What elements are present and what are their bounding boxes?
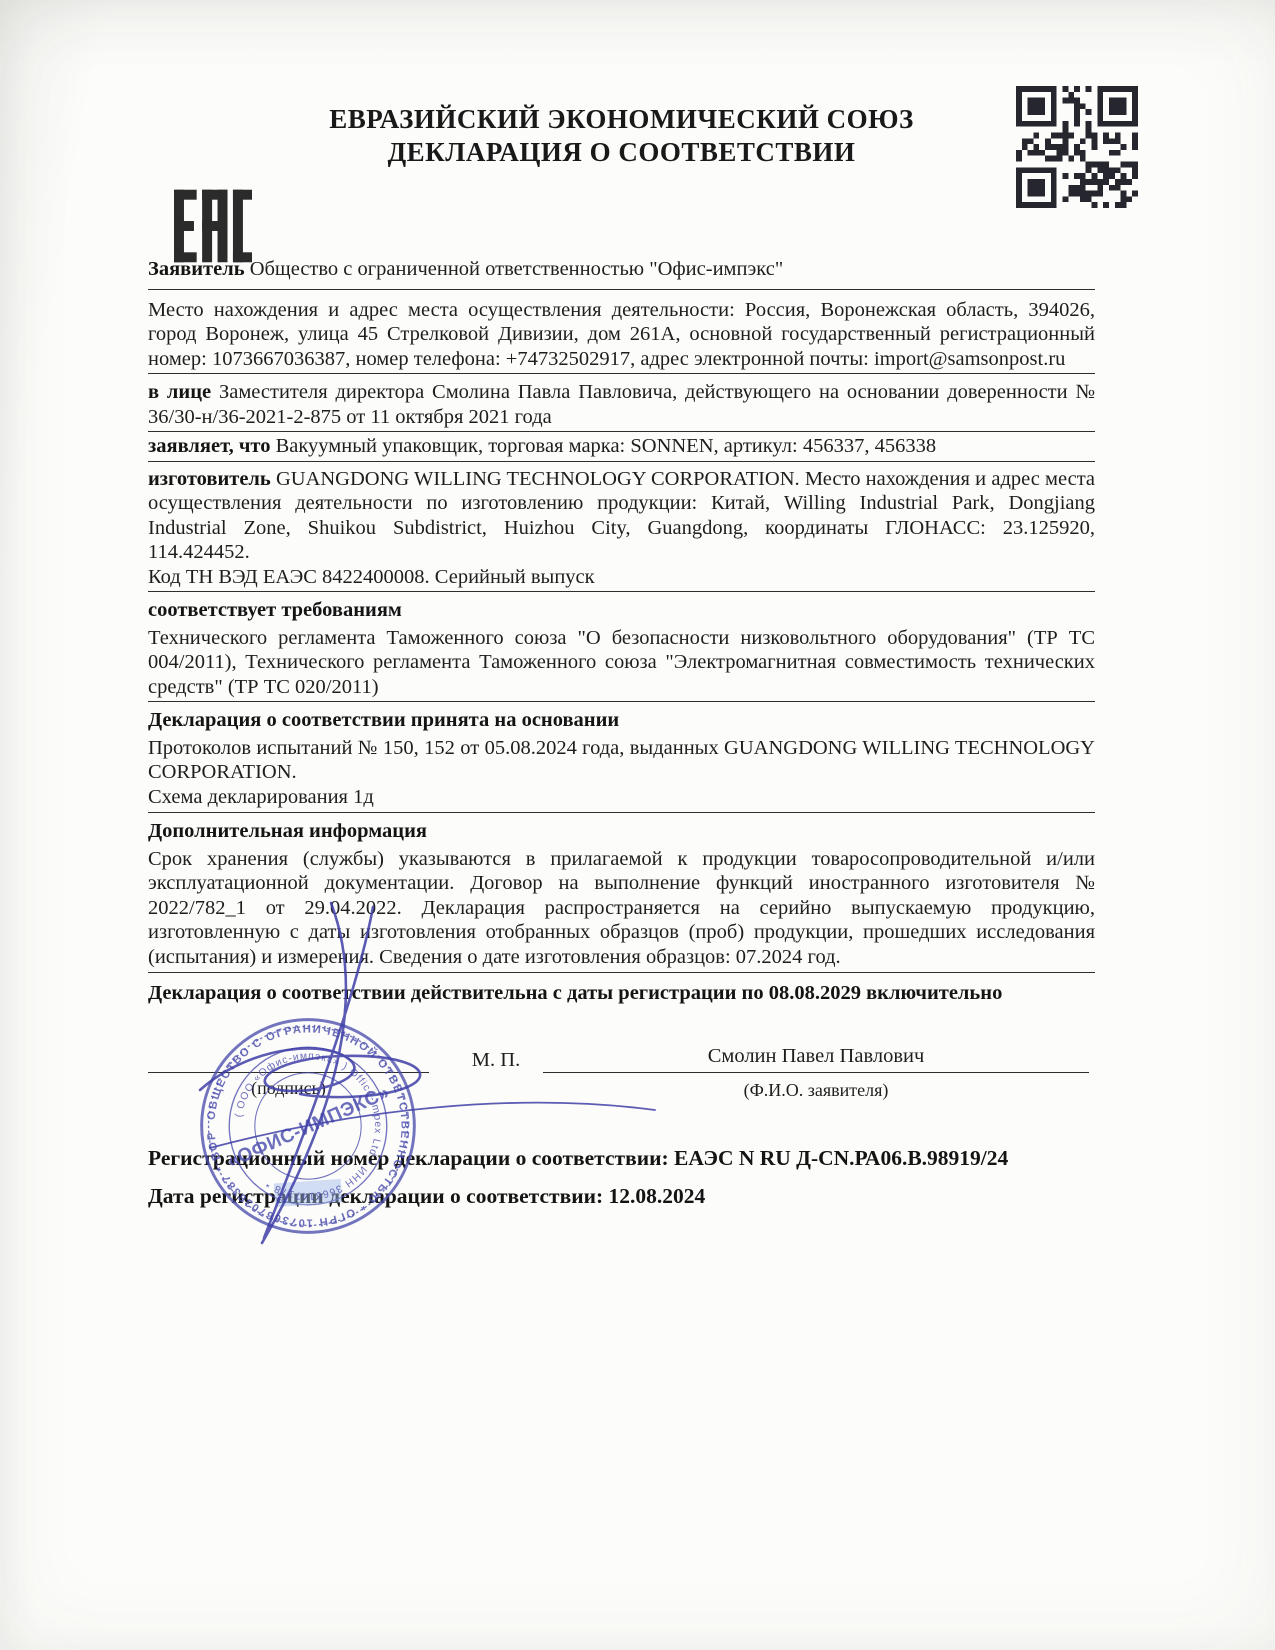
compliance-heading: соответствует требованиям	[148, 598, 1095, 623]
section-representative: в лице Заместителя директора Смолина Пав…	[148, 374, 1095, 432]
representative-value: Заместителя директора Смолина Павла Павл…	[148, 381, 1095, 428]
signature-block: (подпись) М. П. Смолин Павел Павлович (Ф…	[148, 1020, 1095, 1140]
basis-heading: Декларация о соответствии принята на осн…	[148, 708, 1095, 733]
registration-date-line: Дата регистрации декларации о соответств…	[148, 1184, 1095, 1209]
section-manufacturer: изготовитель GUANGDONG WILLING TECHNOLOG…	[148, 462, 1095, 593]
section-basis: Декларация о соответствии принята на осн…	[148, 702, 1095, 813]
declaration-document: ЕВРАЗИЙСКИЙ ЭКОНОМИЧЕСКИЙ СОЮЗ ДЕКЛАРАЦИ…	[0, 0, 1275, 1650]
section-address: Место нахождения и адрес места осуществл…	[148, 290, 1095, 375]
document-header: ЕВРАЗИЙСКИЙ ЭКОНОМИЧЕСКИЙ СОЮЗ ДЕКЛАРАЦИ…	[148, 103, 1095, 169]
signature-line	[148, 1072, 429, 1073]
applicant-full-name: Смолин Павел Павлович	[543, 1044, 1089, 1069]
additional-heading: Дополнительная информация	[148, 819, 1095, 844]
name-caption: (Ф.И.О. заявителя)	[543, 1078, 1089, 1103]
section-applicant: Заявитель Общество с ограниченной ответс…	[148, 253, 1095, 290]
section-compliance: соответствует требованиям Технического р…	[148, 592, 1095, 702]
representative-label: в лице	[148, 381, 211, 403]
applicant-value: Общество с ограниченной ответственностью…	[250, 258, 784, 280]
compliance-text: Технического регламента Таможенного союз…	[148, 626, 1095, 700]
validity-text: Декларация о соответствии действительна …	[148, 981, 1095, 1006]
stamp-place-mark: М. П.	[456, 1048, 536, 1073]
applicant-label: Заявитель	[148, 258, 245, 280]
basis-text: Протоколов испытаний № 150, 152 от 05.08…	[148, 736, 1095, 785]
declares-label: заявляет, что	[148, 435, 270, 457]
document-body: Заявитель Общество с ограниченной ответс…	[148, 253, 1095, 1209]
manufacturer-label: изготовитель	[148, 468, 271, 490]
section-declares: заявляет, что Вакуумный упаковщик, торго…	[148, 432, 1095, 462]
address-text: Место нахождения и адрес места осуществл…	[148, 298, 1095, 372]
name-line	[543, 1072, 1089, 1073]
declaration-scheme: Схема декларирования 1д	[148, 785, 1095, 810]
registration-number-line: Регистрационный номер декларации о соотв…	[148, 1146, 1095, 1171]
section-additional: Дополнительная информация Срок хранения …	[148, 813, 1095, 973]
qr-code-icon	[1016, 86, 1138, 213]
manufacturer-value: GUANGDONG WILLING TECHNOLOGY CORPORATION…	[148, 468, 1095, 564]
union-title: ЕВРАЗИЙСКИЙ ЭКОНОМИЧЕСКИЙ СОЮЗ	[148, 103, 1095, 136]
document-title: ДЕКЛАРАЦИЯ О СООТВЕТСТВИИ	[148, 136, 1095, 169]
declares-value: Вакуумный упаковщик, торговая марка: SON…	[276, 435, 936, 457]
tnved-code-line: Код ТН ВЭД ЕАЭС 8422400008. Серийный вып…	[148, 565, 1095, 590]
signature-caption: (подпись)	[148, 1076, 429, 1101]
section-validity: Декларация о соответствии действительна …	[148, 973, 1095, 1006]
additional-text: Срок хранения (службы) указываются в при…	[148, 847, 1095, 970]
